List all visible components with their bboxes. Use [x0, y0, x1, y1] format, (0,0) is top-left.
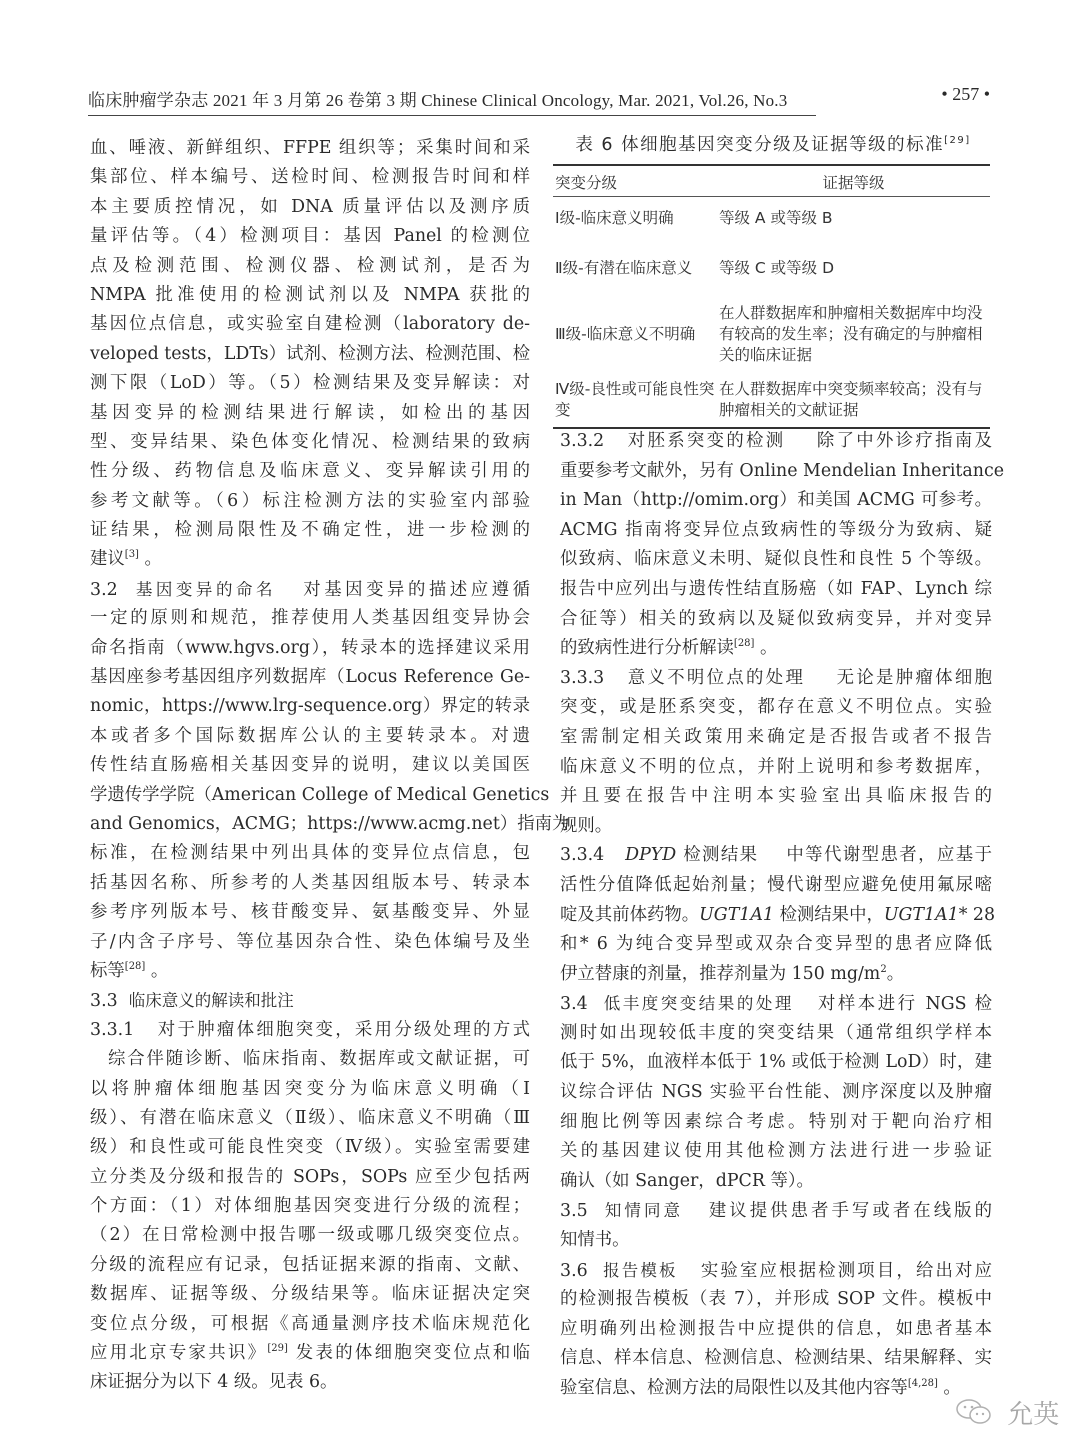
text-line: 测时如出现较低丰度的突变结果（通常组织学样本: [560, 1019, 992, 1049]
text-line: 床证据分为以下 4 级。见表 6。: [90, 1368, 530, 1397]
running-header: 临床肿瘤学杂志 2021 年 3 月第 26 卷第 3 期 Chinese Cl…: [88, 84, 998, 114]
text-line: 标等[28] 。: [90, 957, 530, 986]
text-line: 议综合评估 NGS 实验平台性能、测序深度以及肿瘤: [560, 1078, 992, 1108]
text-line: 临床意义不明的位点，并附上说明和参考数据库，: [560, 753, 992, 783]
paragraph-report-contents: 血、唾液、新鲜组织、FFPE 组织等；采集时间和采 集部位、样本编号、送检时间、…: [90, 134, 530, 575]
text-line: 关的基因建议使用其他检测方法进行进一步验证: [560, 1137, 992, 1167]
section-3-5: 3.5 知情同意 建议提供患者手写或者在线版的 知情书。: [560, 1196, 992, 1255]
text-line: 集部位、样本编号、送检时间、检测报告时间和样: [90, 163, 530, 192]
section-title: 知情同意: [605, 1201, 683, 1220]
text-line: 应明确列出检测报告中应提供的信息，如患者基本: [560, 1315, 992, 1345]
text-line: 室需制定相关政策用来确定是否报告或者不报告: [560, 723, 992, 753]
text-line: 点及检测范围、检测仪器、检测试剂，是否为: [90, 252, 530, 281]
cell-evidence: 等级 A 或等级 B: [717, 197, 990, 241]
text-line: 参考序列版本号、核苷酸变异、氨基酸变异、外显: [90, 898, 530, 927]
section-3-4: 3.4 低丰度突变结果的处理 对样本进行 NGS 检 测时如出现较低丰度的突变结…: [560, 989, 992, 1196]
text-line: 确认（如 Sanger，dPCR 等）。: [560, 1167, 992, 1197]
cell-evidence: 在人群数据库中突变频率较高；没有与肿瘤相关的文献证据: [717, 373, 990, 428]
section-heading-line: 3.6 报告模板 实验室应根据检测项目，给出对应: [560, 1256, 992, 1286]
text-line: veloped tests，LDTs）试剂、检测方法、检测范围、检: [90, 340, 530, 369]
column-header-evidence: 证据等级: [717, 165, 990, 197]
section-heading-line: 3.3.4 DPYD 检测结果 中等代谢型患者，应基于: [560, 841, 992, 871]
wechat-icon: [955, 1397, 995, 1434]
text-line: 重要参考文献外，另有 Online Mendelian Inheritance: [560, 457, 992, 487]
text-line: 标准，在检测结果中列出具体的变异位点信息，包: [90, 839, 530, 868]
section-title: 基因变异的命名: [136, 580, 276, 599]
text-line: 建议[3] 。: [90, 545, 530, 574]
text-line: 综合伴随诊断、临床指南、数据库或文献证据，可: [90, 1045, 530, 1074]
section-3-3-1: 3.3.1 对于肿瘤体细胞突变，采用分级处理的方式 综合伴随诊断、临床指南、数据…: [90, 1016, 530, 1398]
section-3-2: 3.2 基因变异的命名 对基因变异的描述应遵循 一定的原则和规范，推荐使用人类基…: [90, 575, 530, 986]
section-title: 低丰度突变结果的处理: [604, 994, 794, 1013]
text-line: ACMG 指南将变异位点致病性的等级分为致病、疑: [560, 516, 992, 546]
text-line: 和* 6 为纯合变异型或双杂合变异型的患者应降低: [560, 930, 992, 960]
section-heading-line: 3.5 知情同意 建议提供患者手写或者在线版的: [560, 1196, 992, 1226]
text-line: 级）、有潜在临床意义（Ⅱ级）、临床意义不明确（Ⅲ: [90, 1104, 530, 1133]
text-line: 知情书。: [560, 1226, 992, 1256]
text-line: 基因座参考基因组序列数据库（Locus Reference Ge-: [90, 663, 530, 692]
mutation-grading-table: 突变分级 证据等级 Ⅰ级-临床意义明确 等级 A 或等级 B Ⅱ级-有潜在临床意…: [553, 164, 990, 429]
section-3-3-2: 3.3.2 对胚系突变的检测 除了中外诊疗指南及 重要参考文献外，另有 Onli…: [560, 427, 992, 664]
gene-name: UGT1A1: [884, 905, 959, 925]
gene-name: DPYD: [625, 845, 676, 865]
cell-grade: Ⅲ级-临床意义不明确: [553, 297, 717, 373]
table-header-row: 突变分级 证据等级: [553, 165, 990, 197]
text-line: 性分级、药物信息及临床意义、变异解读引用的: [90, 457, 530, 486]
text-line: 报告中应列出与遗传性结直肠癌（如 FAP、Lynch 综: [560, 575, 992, 605]
text-line: 数据库、证据等级、分级结果等。临床证据决定突: [90, 1280, 530, 1309]
text-line: 变位点分级，可根据《高通量测序技术临床规范化: [90, 1310, 530, 1339]
text-line: 分级的流程应有记录，包括证据来源的指南、文献、: [90, 1251, 530, 1280]
citation-ref: [4,28]: [908, 1378, 938, 1389]
text-line: 个方面：（1）对体细胞基因突变进行分级的流程；: [90, 1192, 530, 1221]
section-3-3: 3.3 临床意义的解读和批注: [90, 986, 530, 1015]
text-line: 量评估等。（4）检测项目：基因 Panel 的检测位: [90, 222, 530, 251]
cell-grade: Ⅰ级-临床意义明确: [553, 197, 717, 241]
section-title: 检测结果: [683, 845, 758, 865]
section-heading-line: 3.4 低丰度突变结果的处理 对样本进行 NGS 检: [560, 989, 992, 1019]
section-number: 3.3: [90, 991, 118, 1011]
text-line: 基因变异的检测结果进行解读，如检出的基因: [90, 399, 530, 428]
text-line: 学遗传学学院（American College of Medical Genet…: [90, 781, 530, 810]
section-title: 临床意义的解读和批注: [129, 991, 294, 1010]
text-line: 本主要质控情况，如 DNA 质量评估以及测序质: [90, 193, 530, 222]
section-number: 3.3.1: [90, 1020, 134, 1040]
text-line: （2）在日常检测中报告哪一级或哪几级突变位点。: [90, 1221, 530, 1250]
column-header-grade: 突变分级: [553, 165, 717, 197]
citation-ref: [28]: [734, 638, 755, 649]
text-line: 应用北京专家共识》[29] 发表的体细胞突变位点和临: [90, 1339, 530, 1368]
journal-citation: 临床肿瘤学杂志 2021 年 3 月第 26 卷第 3 期 Chinese Cl…: [88, 86, 816, 116]
citation-ref: [28]: [125, 961, 146, 972]
section-number: 3.6: [560, 1261, 588, 1281]
section-3-6: 3.6 报告模板 实验室应根据检测项目，给出对应 的检测报告模板（表 7），并形…: [560, 1256, 992, 1404]
text-line: 伊立替康的剂量，推荐剂量为 150 mg/m2。: [560, 960, 992, 990]
text-line: 子/内含子序号、等位基因杂合性、染色体编号及坐: [90, 928, 530, 957]
text-line: 的致病性进行分析解读[28] 。: [560, 634, 992, 664]
text-line: 信息、样本信息、检测信息、检测结果、结果解释、实: [560, 1344, 992, 1374]
text-line: 基因位点信息，或实验室自建检测（laboratory de-: [90, 310, 530, 339]
section-3-3-3: 3.3.3 意义不明位点的处理 无论是肿瘤体细胞 突变，或是胚系突变，都存在意义…: [560, 664, 992, 842]
text-line: 命名指南（www.hgvs.org），转录本的选择建议采用: [90, 634, 530, 663]
table-row: Ⅱ级-有潜在临床意义 等级 C 或等级 D: [553, 241, 990, 297]
text-line: 验室信息、检测方法的局限性以及其他内容等[4,28] 。: [560, 1374, 992, 1404]
text-line: 突变，或是胚系突变，都存在意义不明位点。实验: [560, 693, 992, 723]
cell-grade: Ⅳ级-良性或可能良性突变: [553, 373, 717, 428]
section-3-3-4: 3.3.4 DPYD 检测结果 中等代谢型患者，应基于 活性分值降低起始剂量；慢…: [560, 841, 992, 989]
text-line: 低于 5%，血液样本低于 1% 或低于检测 LoD）时，建: [560, 1048, 992, 1078]
text-line: 级）和良性或可能良性突变（Ⅳ级）。实验室需要建: [90, 1133, 530, 1162]
text-line: nomic，https://www.lrg-sequence.org）界定的转录: [90, 692, 530, 721]
section-heading-line: 3.3.3 意义不明位点的处理 无论是肿瘤体细胞: [560, 664, 992, 694]
text-line: 一定的原则和规范，推荐使用人类基因组变异协会: [90, 604, 530, 633]
text-line: 参考文献等。（6）标注检测方法的实验室内部验: [90, 487, 530, 516]
left-column: 血、唾液、新鲜组织、FFPE 组织等；采集时间和采 集部位、样本编号、送检时间、…: [90, 134, 530, 1398]
text-line: 活性分值降低起始剂量；慢代谢型应避免使用氟尿嘧: [560, 871, 992, 901]
text-line: 传性结直肠癌相关基因变异的说明，建议以美国医: [90, 751, 530, 780]
text-line: 似致病、临床意义未明、疑似良性和良性 5 个等级。: [560, 545, 992, 575]
text-line: NMPA 批准使用的检测试剂以及 NMPA 获批的: [90, 281, 530, 310]
right-column: 3.3.2 对胚系突变的检测 除了中外诊疗指南及 重要参考文献外，另有 Onli…: [560, 427, 992, 1404]
table-row: Ⅲ级-临床意义不明确 在人群数据库和肿瘤相关数据库中均没有较高的发生率；没有确定…: [553, 297, 990, 373]
section-number: 3.4: [560, 994, 588, 1014]
cell-grade: Ⅱ级-有潜在临床意义: [553, 241, 717, 297]
text-line: 合征等）相关的致病以及疑似致病变异，并对变异: [560, 605, 992, 635]
text-line: 测下限（LoD）等。（5）检测结果及变异解读：对: [90, 369, 530, 398]
text-line: and Genomics，ACMG；https://www.acmg.net）指…: [90, 810, 530, 839]
gene-name: UGT1A1: [699, 905, 774, 925]
text-line: 型、变异结果、染色体变化情况、检测结果的致病: [90, 428, 530, 457]
text-line: 细胞比例等因素综合考虑。特别对于靶向治疗相: [560, 1108, 992, 1138]
text-line: 啶及其前体药物。UGT1A1 检测结果中，UGT1A1* 28: [560, 901, 992, 931]
table-6: 表 6 体细胞基因突变分级及证据等级的标准[29] 突变分级 证据等级 Ⅰ级-临…: [553, 130, 993, 429]
text-line: 以将肿瘤体细胞基因突变分为临床意义明确（Ⅰ: [90, 1075, 530, 1104]
section-number: 3.2: [90, 580, 118, 600]
text-line: 括基因名称、所参考的人类基因组版本号、转录本: [90, 869, 530, 898]
text-line: 规则。: [560, 812, 992, 842]
section-heading-line: 3.3 临床意义的解读和批注: [90, 986, 530, 1015]
cell-evidence: 在人群数据库和肿瘤相关数据库中均没有较高的发生率；没有确定的与肿瘤相关的临床证据: [717, 297, 990, 373]
citation-ref: [29]: [267, 1343, 288, 1354]
section-heading-line: 3.3.2 对胚系突变的检测 除了中外诊疗指南及: [560, 427, 992, 457]
cell-evidence: 等级 C 或等级 D: [717, 241, 990, 297]
text-line: 证结果，检测局限性及不确定性，进一步检测的: [90, 516, 530, 545]
table-title: 表 6 体细胞基因突变分级及证据等级的标准[29]: [553, 130, 993, 164]
section-title: 报告模板: [603, 1261, 678, 1280]
text-line: 立分类及分级和报告的 SOPs，SOPs 应至少包括两: [90, 1163, 530, 1192]
citation-ref: [3]: [125, 549, 139, 560]
section-heading-line: 3.3.1 对于肿瘤体细胞突变，采用分级处理的方式: [90, 1016, 530, 1045]
watermark-text: 允英: [1007, 1400, 1059, 1430]
section-number: 3.3.2: [560, 431, 604, 451]
watermark: 允英: [955, 1394, 1059, 1434]
text-line: 的检测报告模板（表 7），并形成 SOP 文件。模板中: [560, 1285, 992, 1315]
text-line: 并且要在报告中注明本实验室出具临床报告的: [560, 782, 992, 812]
table-row: Ⅳ级-良性或可能良性突变 在人群数据库中突变频率较高；没有与肿瘤相关的文献证据: [553, 373, 990, 428]
citation-ref: [29]: [944, 135, 971, 146]
text-line: 本或者多个国际数据库公认的主要转录本。对遗: [90, 722, 530, 751]
section-number: 3.5: [560, 1201, 588, 1221]
section-title: 对胚系突变的检测: [628, 431, 786, 451]
text-line: in Man（http://omim.org）和美国 ACMG 可参考。: [560, 486, 992, 516]
table-row: Ⅰ级-临床意义明确 等级 A 或等级 B: [553, 197, 990, 241]
section-heading-line: 3.2 基因变异的命名 对基因变异的描述应遵循: [90, 575, 530, 604]
section-number: 3.3.4: [560, 845, 604, 865]
section-title: 意义不明位点的处理: [628, 668, 805, 688]
page-number: • 257 •: [941, 84, 990, 105]
section-number: 3.3.3: [560, 668, 604, 688]
text-line: 血、唾液、新鲜组织、FFPE 组织等；采集时间和采: [90, 134, 530, 163]
